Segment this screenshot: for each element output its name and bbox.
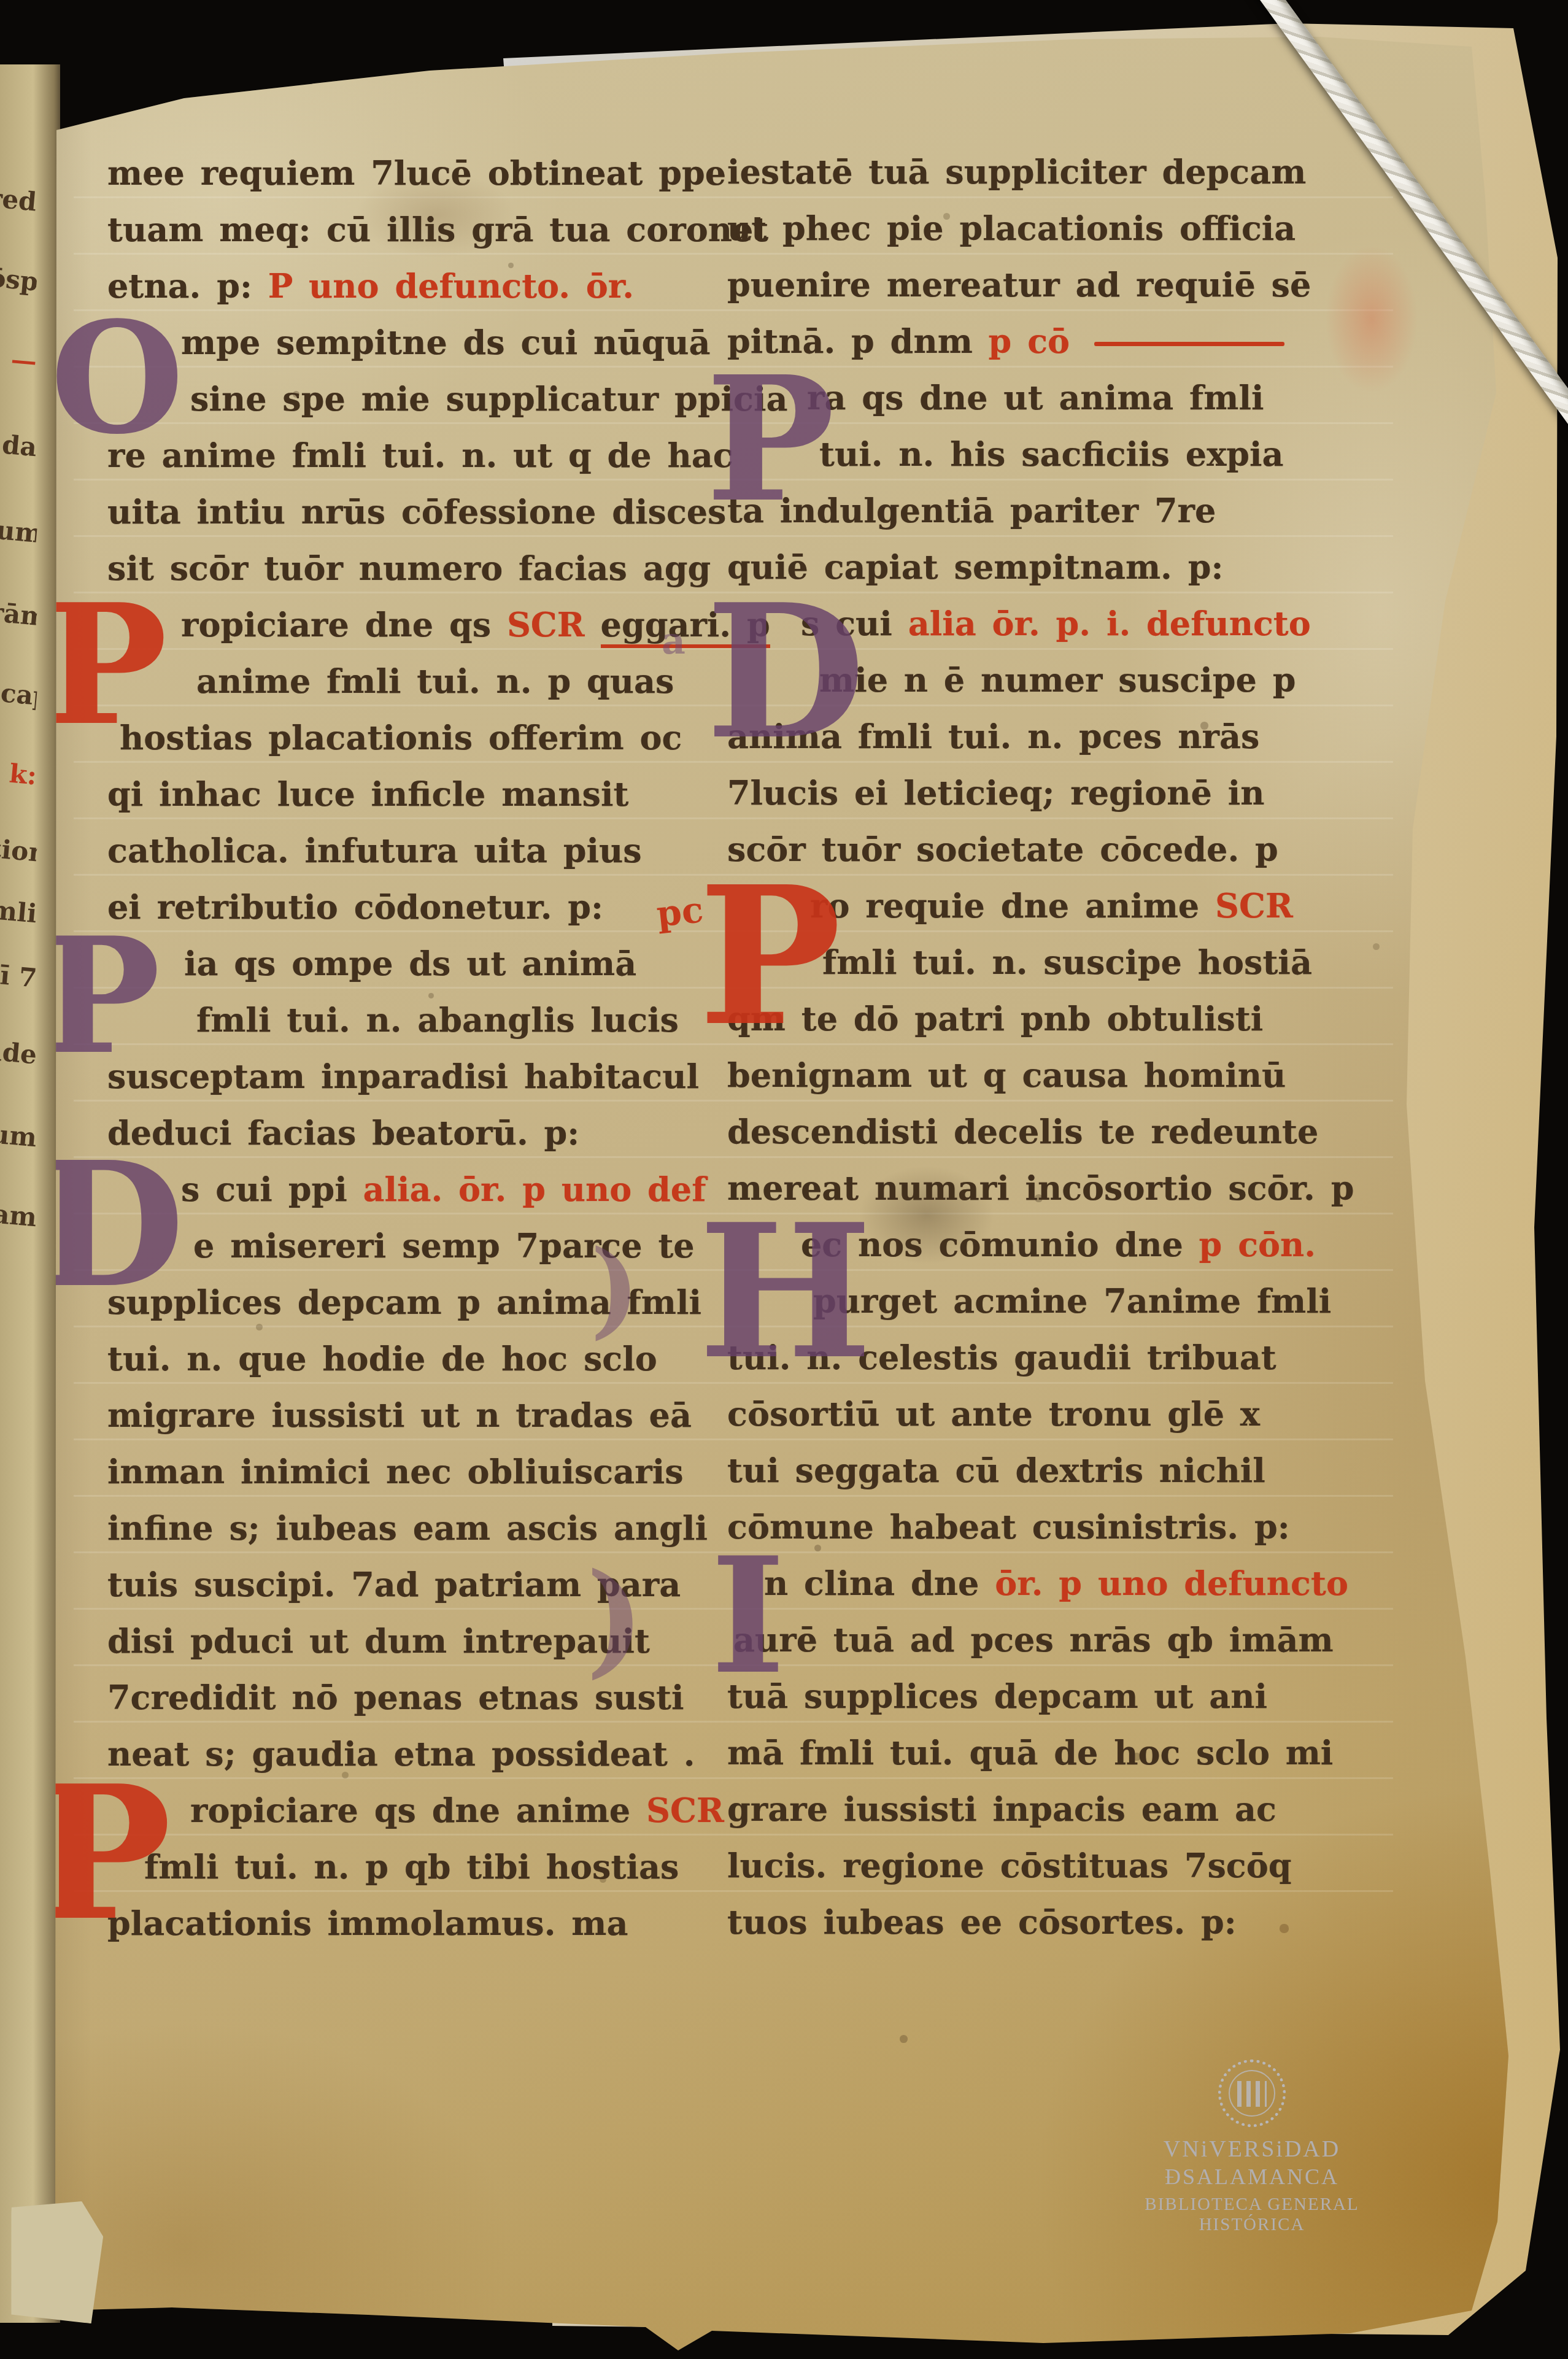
text-segment-ink: hostias placationis offerim oc	[120, 718, 682, 757]
illuminated-initial-O: O	[50, 316, 184, 439]
manuscript-line: aurē tuā ad pces nrās qb imām	[727, 1620, 1341, 1677]
repair-patch	[6, 2198, 105, 2324]
marginal-note-pc: pc	[655, 889, 706, 935]
text-segment-ink: uita intiu nrūs cōfessione disces	[107, 492, 727, 531]
edge-text-fragment: n capi	[0, 676, 38, 711]
text-segment-ink: mee requiem 7lucē obtineat ppe	[107, 153, 726, 193]
manuscript-line: fmli tui. n. p qb tibi hostias	[107, 1847, 697, 1904]
edge-text-fragment: mli	[0, 894, 38, 929]
text-segment-ink: grare iussisti inpacis eam ac	[727, 1790, 1276, 1829]
illuminated-initial-P: P	[43, 598, 168, 731]
text-segment-ink: neat s; gaudia etna possideat .	[107, 1734, 695, 1774]
manuscript-line: n clina dne ōr. p uno defuncto	[727, 1564, 1341, 1620]
manuscript-line: inman inimici nec obliuiscaris	[107, 1452, 697, 1508]
text-segment-ink: purget acmine 7anime fmli	[813, 1281, 1331, 1321]
illuminated-initial-P: P	[41, 933, 161, 1060]
text-segment-ink: ra qs dne ut anima fmli	[807, 378, 1264, 417]
illuminated-initial-P: P	[698, 881, 841, 1033]
text-segment-ink: ia qs ompe ds ut animā	[184, 944, 636, 983]
text-segment-ink: puenire mereatur ad requiē sē	[727, 265, 1311, 304]
text-segment-ink: tuos iubeas ee cōsortes. p:	[727, 1902, 1237, 1942]
text-segment-rubric: alia. ōr. p uno def	[363, 1170, 706, 1209]
text-segment-ink: anime fmli tui. n. p quas	[196, 662, 674, 701]
illuminated-initial-I: I	[711, 1553, 786, 1680]
text-segment-ink: n clina dne	[764, 1564, 979, 1603]
manuscript-line: cōsortiū ut ante tronu glē x	[727, 1394, 1341, 1451]
manuscript-line: ut phec pie placationis officia	[727, 209, 1341, 265]
text-segment-ink: descendisti decelis te redeunte	[727, 1112, 1318, 1151]
text-segment-ink: fmli tui. n. p qb tibi hostias	[144, 1847, 679, 1886]
manuscript-line: puenire mereatur ad requiē sē	[727, 265, 1341, 322]
manuscript-line: tui seggata cū dextris nichil	[727, 1451, 1341, 1507]
text-segment-ink: mpe sempitne ds cui nūquā	[181, 323, 711, 362]
text-segment-rubric: p cōn.	[1199, 1225, 1316, 1264]
text-segment-ink: mā fmli tui. quā de hoc sclo mi	[727, 1733, 1333, 1772]
text-segment-rubric: SCR	[507, 605, 585, 644]
text-segment-ink: ro requie dne anime	[810, 886, 1199, 925]
watermark-university: VNiVERSiDAD	[1111, 2136, 1393, 2163]
text-segment-ink: iestatē tuā suppliciter depcam	[727, 152, 1306, 191]
watermark-salamanca: ÐSALAMANCA	[1111, 2164, 1393, 2190]
text-segment-ink: susceptam inparadisi habitacul	[107, 1057, 699, 1096]
text-segment-ink: ropiciare qs dne anime	[190, 1791, 630, 1830]
edge-text-fragment: rum	[0, 1118, 38, 1153]
text-segment-rubric: p cō	[989, 322, 1070, 361]
manuscript-line: placationis immolamus. ma	[107, 1904, 697, 1960]
manuscript-line: etna. p: P uno defuncto. ōr.	[107, 266, 697, 323]
edge-text-fragment: orām	[0, 596, 38, 631]
manuscript-line: catholica. infutura uita pius	[107, 831, 697, 887]
previous-page-strip: credocōspa—dariumorāmn capik:ationmlitī …	[0, 64, 60, 2323]
manuscript-line: sit scōr tuōr numero facias agg	[107, 549, 697, 605]
edge-text-fragment: da	[0, 427, 38, 463]
text-segment-ink: fmli tui. n. suscipe hostiā	[822, 943, 1312, 982]
manuscript-line: ia qs ompe ds ut animā	[107, 944, 697, 1000]
text-segment-rubric: SCR	[646, 1791, 724, 1830]
text-segment-rubric: SCR	[1215, 886, 1293, 925]
illuminated-initial-D: D	[706, 598, 865, 746]
library-watermark: VNiVERSiDAD ÐSALAMANCA BIBLIOTECA GENERA…	[1111, 2060, 1393, 2235]
text-segment-rubric: ōr. p uno defuncto	[995, 1564, 1348, 1603]
manuscript-photo: credocōspa—dariumorāmn capik:ationmlitī …	[0, 0, 1568, 2359]
manuscript-line: tuos iubeas ee cōsortes. p:	[727, 1902, 1341, 1959]
text-segment-ink: ei retributio cōdonetur. p:	[107, 887, 603, 927]
text-segment-ink: ropiciare dne qs	[181, 605, 491, 644]
manuscript-line: grare iussisti inpacis eam ac	[727, 1790, 1341, 1846]
manuscript-line: ropiciare dne qs SCR eggari. p	[107, 605, 697, 662]
manuscript-line: cōmune habeat cusinistris. p:	[727, 1507, 1341, 1564]
manuscript-line: uita intiu nrūs cōfessione disces	[107, 492, 697, 549]
manuscript-line: lucis. regione cōstituas 7scōq	[727, 1846, 1341, 1902]
manuscript-line: mā fmli tui. quā de hoc sclo mi	[727, 1733, 1341, 1790]
pen-doodle: )	[586, 1546, 644, 1691]
manuscript-line: iestatē tuā suppliciter depcam	[727, 152, 1341, 209]
text-segment-ink: tui. n. his sacficiis expia	[819, 434, 1284, 474]
text-segment-redrule	[1094, 342, 1284, 346]
manuscript-line: sine spe mie supplicatur ppicia	[107, 379, 697, 436]
ink-specks	[0, 0, 3, 3]
edge-text-fragment: tī 7	[0, 958, 38, 994]
text-segment-ink: cōsortiū ut ante tronu glē x	[727, 1394, 1260, 1434]
text-segment-rubric: P uno defuncto. ōr.	[268, 266, 634, 306]
manuscript-line: deduci facias beatorū. p:	[107, 1113, 697, 1170]
edge-text-fragment: —	[0, 341, 38, 377]
manuscript-line: qi inhac luce inficle mansit	[107, 774, 697, 831]
manuscript-line: 7lucis ei leticieq; regionē in	[727, 773, 1341, 830]
manuscript-line: s cui ppi alia. ōr. p uno def	[107, 1170, 697, 1226]
text-segment-ink: catholica. infutura uita pius	[107, 831, 642, 870]
parchment-page: mee requiem 7lucē obtineat ppe tuam meq:…	[0, 0, 1568, 2359]
university-seal-icon	[1218, 2060, 1286, 2127]
manuscript-line: ei retributio cōdonetur. p:	[107, 887, 697, 944]
text-segment-ink: tui seggata cū dextris nichil	[727, 1451, 1265, 1490]
edge-text-fragment: rium	[0, 513, 38, 549]
manuscript-line: susceptam inparadisi habitacul	[107, 1057, 697, 1113]
text-segment-ink: mie n ē numer suscipe p	[819, 660, 1296, 700]
watermark-biblioteca: BIBLIOTECA GENERAL HISTÓRICA	[1111, 2195, 1393, 2235]
manuscript-line: fmli tui. n. abanglis lucis	[107, 1000, 697, 1057]
text-segment-ink: placationis immolamus. ma	[107, 1904, 628, 1943]
manuscript-line: hostias placationis offerim oc	[107, 718, 697, 774]
manuscript-line: anime fmli tui. n. p quas	[107, 662, 697, 718]
text-segment-ink: ut phec pie placationis officia	[727, 209, 1296, 248]
illuminated-initial-P: P	[706, 371, 835, 509]
manuscript-line: mpe sempitne ds cui nūquā	[107, 323, 697, 379]
text-segment-ink: s cui ppi	[181, 1170, 347, 1209]
text-segment-ink: infine s; iubeas eam ascis angli	[107, 1508, 708, 1548]
text-segment-ink: sine spe mie supplicatur ppicia	[190, 379, 787, 419]
text-segment-ink: re anime fmli tui. n. ut q de hac	[107, 436, 733, 475]
illuminated-initial-H: H	[698, 1218, 872, 1365]
illuminated-initial-D: D	[36, 1157, 185, 1294]
text-segment-ink: fmli tui. n. abanglis lucis	[196, 1000, 679, 1040]
edge-text-fragment: credo	[0, 182, 38, 217]
text-segment-ink: migrare iussisti ut n tradas eā	[107, 1396, 692, 1435]
edge-text-fragment: k:	[0, 755, 38, 791]
edge-text-fragment: nde	[0, 1035, 38, 1070]
text-segment-ink: inman inimici nec obliuiscaris	[107, 1452, 684, 1491]
manuscript-line: tuā supplices depcam ut ani	[727, 1677, 1341, 1733]
edge-text-fragment: cōspa	[0, 261, 38, 297]
text-segment-ink: cōmune habeat cusinistris. p:	[727, 1507, 1290, 1546]
text-segment-ink: tuā supplices depcam ut ani	[727, 1677, 1267, 1716]
text-segment-ink: sit scōr tuōr numero facias agg	[107, 549, 711, 588]
pen-doodle: )	[590, 1227, 639, 1350]
manuscript-line: neat s; gaudia etna possideat .	[107, 1734, 697, 1791]
text-segment-ink: qi inhac luce inficle mansit	[107, 774, 628, 814]
manuscript-line: mee requiem 7lucē obtineat ppe	[107, 153, 697, 210]
text-segment-ink: aurē tuā ad pces nrās qb imām	[733, 1620, 1334, 1659]
manuscript-line: ropiciare qs dne anime SCR	[107, 1791, 697, 1847]
text-segment-ink: lucis. regione cōstituas 7scōq	[727, 1846, 1291, 1885]
edge-text-fragment: ation	[0, 832, 38, 868]
manuscript-line: tuam meq: cū illis grā tua coronet	[107, 210, 697, 266]
text-segment-ink: disi pduci ut dum intrepauit	[107, 1621, 650, 1661]
text-segment-ink: tui. n. que hodie de hoc sclo	[107, 1339, 657, 1378]
text-segment-rubric: alia ōr. p. i. defuncto	[908, 604, 1311, 643]
pen-doodle: a	[662, 620, 686, 663]
manuscript-line: re anime fmli tui. n. ut q de hac	[107, 436, 697, 492]
edge-text-fragment: am	[0, 1197, 38, 1233]
manuscript-line: migrare iussisti ut n tradas eā	[107, 1396, 697, 1452]
text-segment-ink: tuam meq: cū illis grā tua coronet	[107, 210, 768, 249]
manuscript-line: descendisti decelis te redeunte	[727, 1112, 1341, 1168]
